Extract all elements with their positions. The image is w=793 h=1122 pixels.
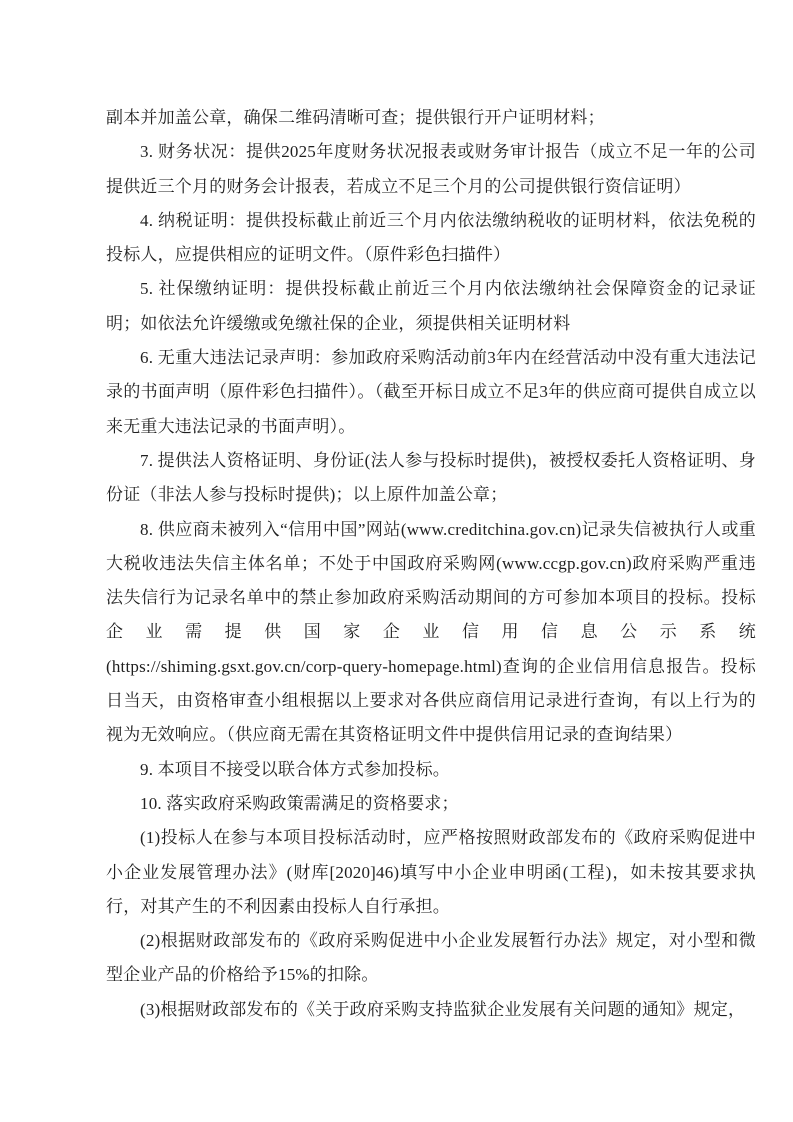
paragraph: (3)根据财政部发布的《关于政府采购支持监狱企业发展有关问题的通知》规定， [106, 993, 756, 1027]
paragraph: 8. 供应商未被列入“信用中国”网站(www.creditchina.gov.c… [106, 513, 756, 753]
url-text: (https://shiming.gsxt.gov.cn/corp-query-… [106, 657, 502, 676]
url-text: (www.creditchina.gov.cn) [401, 520, 582, 539]
paragraph: 副本并加盖公章，确保二维码清晰可查；提供银行开户证明材料； [106, 101, 756, 135]
paragraph: 7. 提供法人资格证明、身份证(法人参与投标时提供)，被授权委托人资格证明、身份… [106, 444, 756, 513]
paragraph: 4. 纳税证明：提供投标截止前近三个月内依法缴纳税收的证明材料，依法免税的投标人… [106, 204, 756, 273]
document-text-block: 副本并加盖公章，确保二维码清晰可查；提供银行开户证明材料；3. 财务状况：提供2… [106, 101, 756, 1027]
paragraph: (2)根据财政部发布的《政府采购促进中小企业发展暂行办法》规定，对小型和微型企业… [106, 924, 756, 993]
paragraph: 6. 无重大违法记录声明：参加政府采购活动前3年内在经营活动中没有重大违法记录的… [106, 341, 756, 444]
url-text: (www.ccgp.gov.cn) [496, 554, 632, 573]
paragraph: 10. 落实政府采购政策需满足的资格要求； [106, 787, 756, 821]
paragraph: 9. 本项目不接受以联合体方式参加投标。 [106, 753, 756, 787]
paragraph: 3. 财务状况：提供2025年度财务状况报表或财务审计报告（成立不足一年的公司提… [106, 135, 756, 204]
paragraph: (1)投标人在参与本项目投标活动时，应严格按照财政部发布的《政府采购促进中小企业… [106, 821, 756, 924]
document-page: 副本并加盖公章，确保二维码清晰可查；提供银行开户证明材料；3. 财务状况：提供2… [0, 0, 793, 1122]
paragraph: 5. 社保缴纳证明：提供投标截止前近三个月内依法缴纳社会保障资金的记录证明；如依… [106, 272, 756, 341]
